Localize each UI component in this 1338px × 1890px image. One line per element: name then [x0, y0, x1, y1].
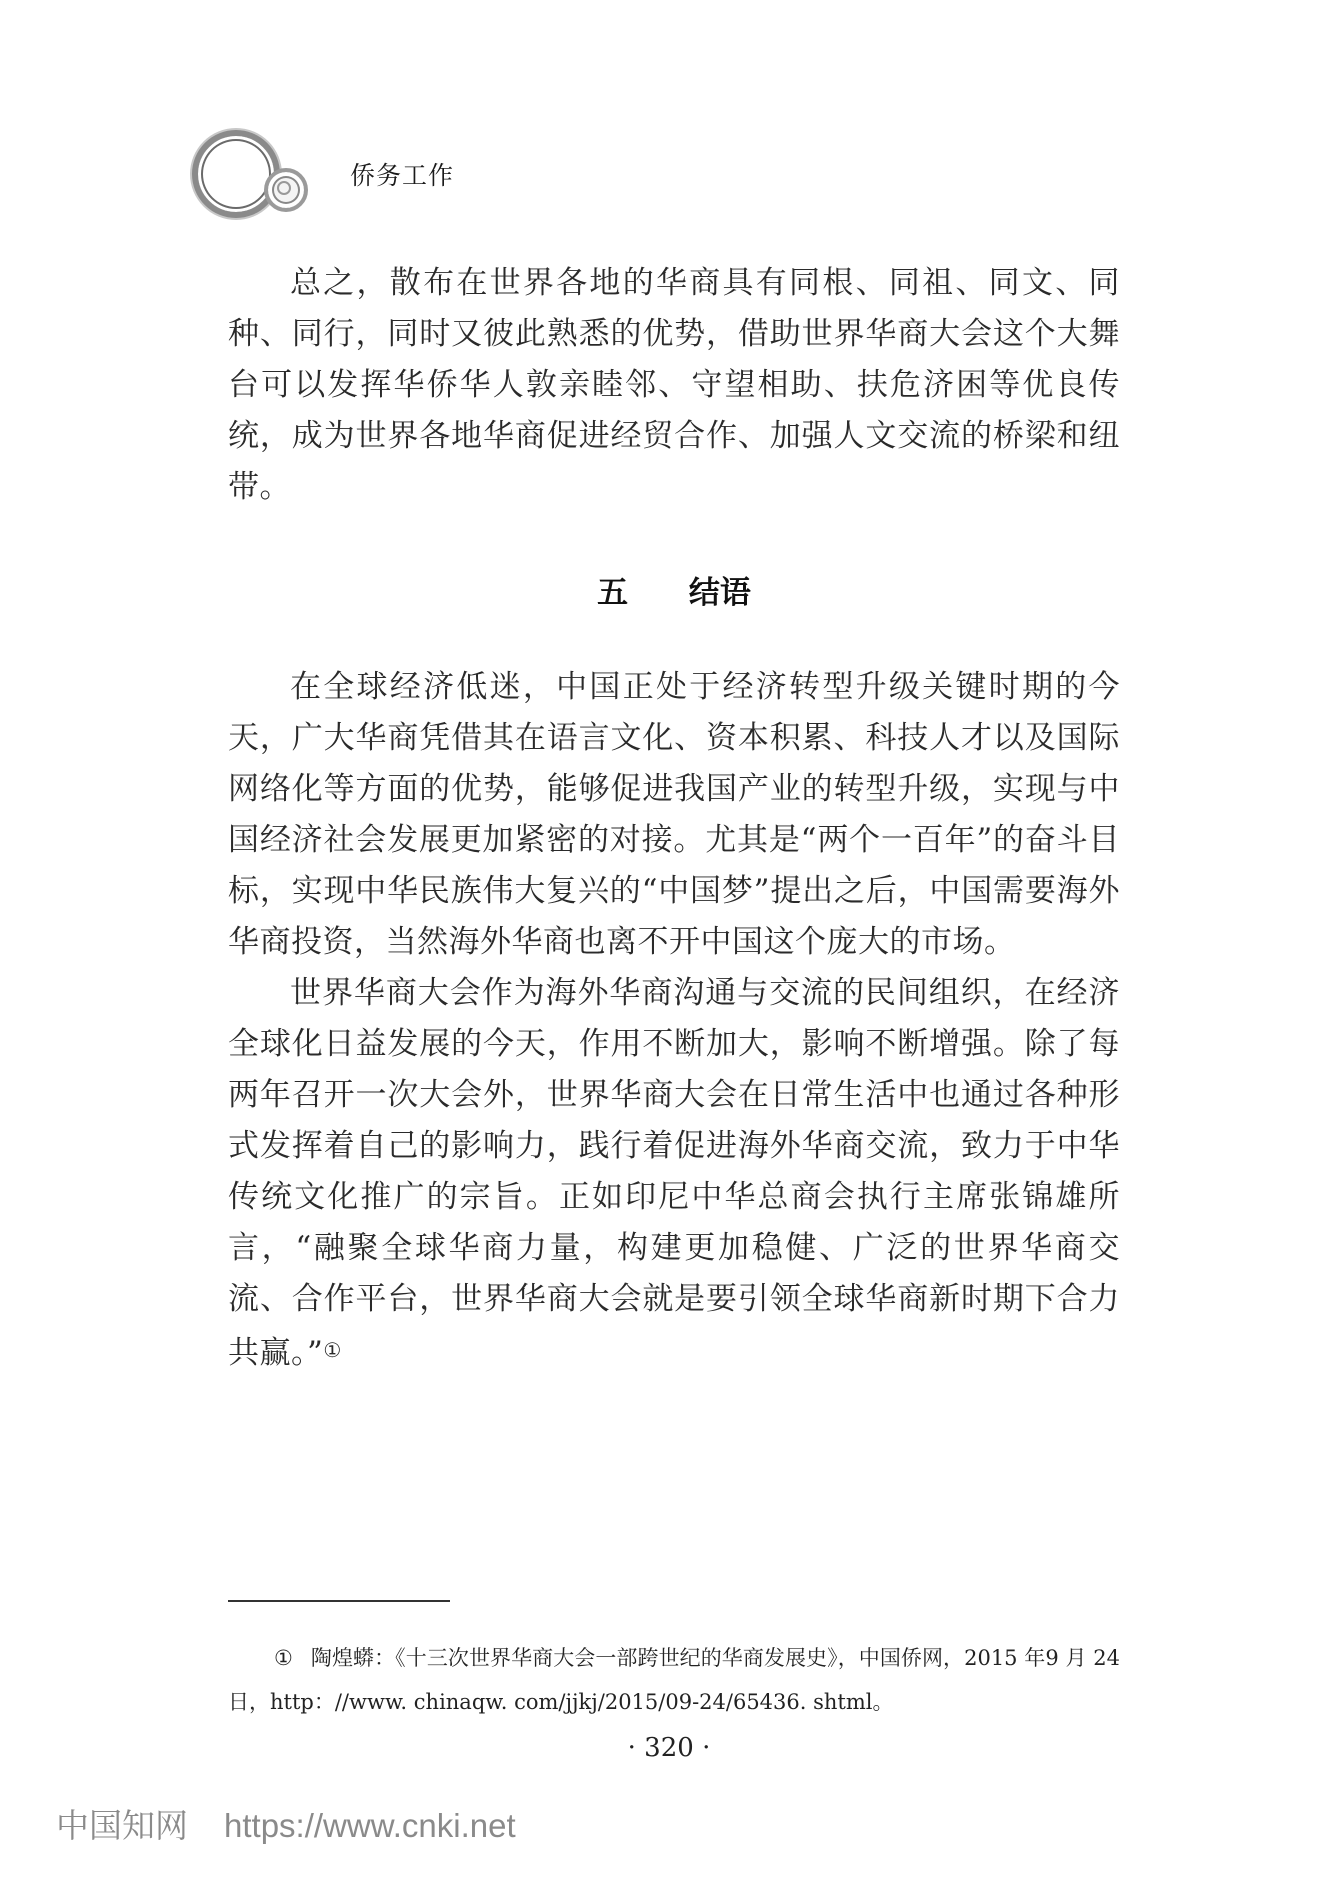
footnote: ①陶煌蟒：《十三次世界华商大会一部跨世纪的华商发展史》，中国侨网，2015 年9…	[228, 1636, 1120, 1724]
page-number: · 320 ·	[0, 1733, 1338, 1763]
paragraph-3: 世界华商大会作为海外华商沟通与交流的民间组织，在经济全球化日益发展的今天，作用不…	[228, 968, 1120, 1379]
paragraph-2: 在全球经济低迷，中国正处于经济转型升级关键时期的今天，广大华商凭借其在语言文化、…	[228, 662, 1120, 968]
footnote-reference[interactable]: ①	[323, 1338, 341, 1362]
section-number: 五	[597, 575, 628, 611]
footnote-marker: ①	[274, 1646, 293, 1670]
footnote-text: 陶煌蟒：《十三次世界华商大会一部跨世纪的华商发展史》，中国侨网，2015 年9 …	[228, 1646, 1120, 1714]
watermark-url[interactable]: https://www.cnki.net	[224, 1807, 516, 1844]
double-ring-logo-icon	[192, 130, 280, 218]
paragraph-1: 总之，散布在世界各地的华商具有同根、同祖、同文、同种、同行，同时又彼此熟悉的优势…	[228, 258, 1120, 513]
cnki-watermark: 中国知网https://www.cnki.net	[56, 1800, 516, 1847]
watermark-brand: 中国知网	[56, 1807, 188, 1844]
section-heading: 五 结语	[228, 567, 1120, 612]
small-ring-core-icon	[277, 181, 291, 195]
section-title: 结语	[689, 575, 751, 611]
footnote-separator	[228, 1600, 450, 1602]
section-running-title: 侨务工作	[350, 156, 454, 192]
paragraph-3-text: 世界华商大会作为海外华商沟通与交流的民间组织，在经济全球化日益发展的今天，作用不…	[228, 975, 1120, 1371]
body-content: 总之，散布在世界各地的华商具有同根、同祖、同文、同种、同行，同时又彼此熟悉的优势…	[228, 258, 1120, 1379]
running-header: 侨务工作	[188, 118, 588, 218]
